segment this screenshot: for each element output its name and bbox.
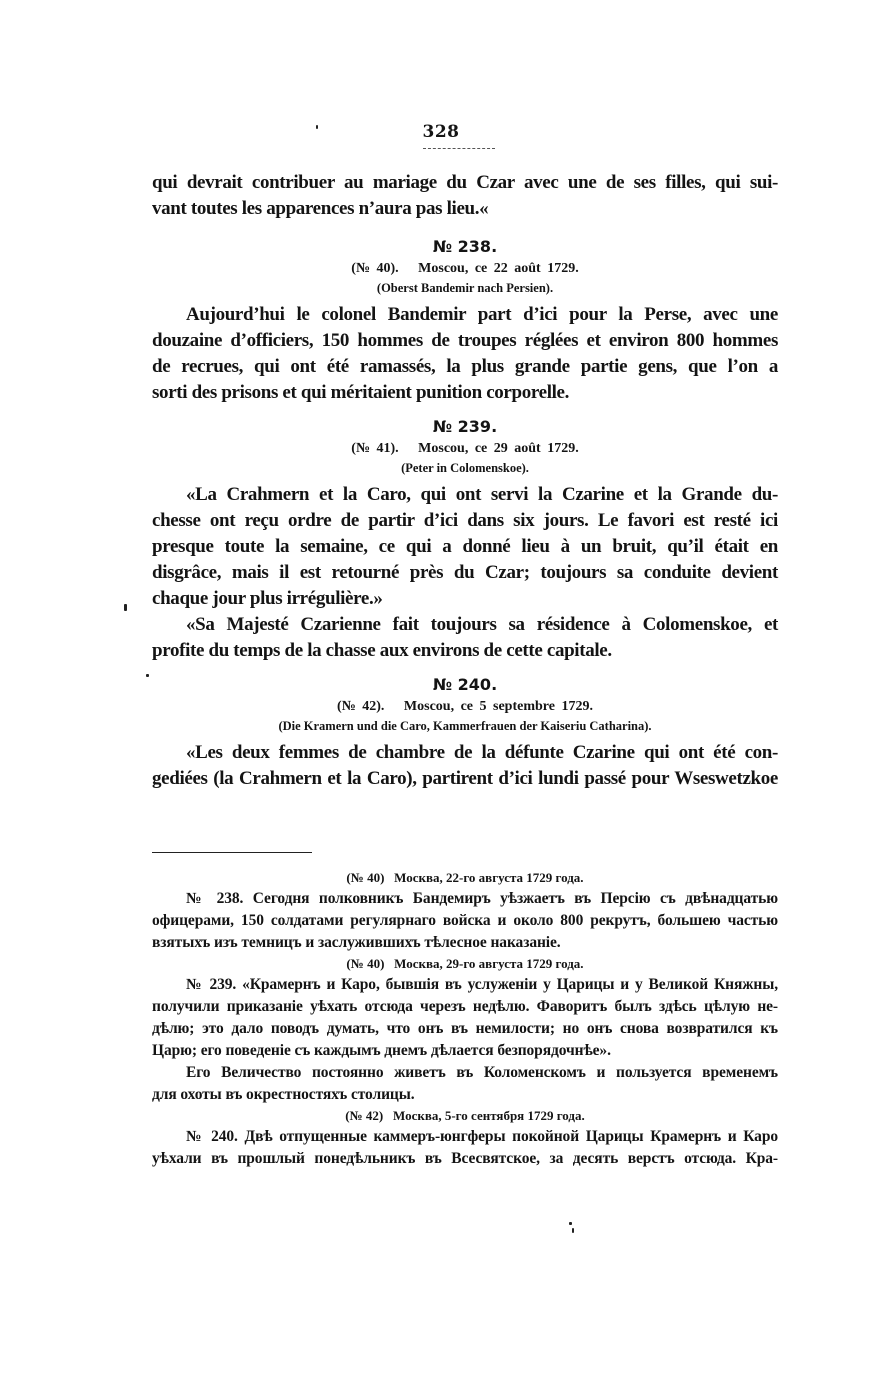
text-line: de recrues, qui ont été ramassés, la plu… (152, 354, 778, 380)
document-paragraph: «Sa Majesté Czarienne fait toujours sa r… (152, 612, 778, 664)
document-subject: (Die Kramern und die Caro, Kammerfrauen … (152, 717, 778, 736)
footnote-line: взятыхъ изъ темницъ и заслужившихъ тѣлес… (152, 932, 778, 954)
footnote-line: Царю; его поведеніе съ каждымъ днемъ дѣл… (152, 1040, 778, 1062)
scan-speck (569, 1222, 572, 1225)
footnote-238: (№ 40) Москва, 22-го августа 1729 года. … (152, 868, 778, 954)
text-line: «Les deux femmes de chambre de la défunt… (152, 740, 778, 766)
footnote-rule (152, 852, 312, 853)
footnote-240: (№ 42) Москва, 5-го сентября 1729 года. … (152, 1106, 778, 1170)
footnote-text: Сегодня полковникъ Бандемиръ уѣзжаетъ въ… (253, 890, 778, 907)
footnote-line: № 238. Сегодня полковникъ Бандемиръ уѣзж… (152, 888, 778, 910)
text-line: disgrâce, mais il est retourné près du C… (152, 560, 778, 586)
main-text: qui devrait contribuer au mariage du Cza… (152, 170, 778, 792)
scan-speck (572, 1228, 574, 1233)
document-239: № 239. (№ 41). Moscou, ce 29 août 1729. … (152, 416, 778, 664)
document-paragraph: Aujourd’hui le colonel Bandemir part d’i… (152, 302, 778, 406)
scan-speck (146, 674, 149, 677)
text-line: sorti des prisons et qui méritaient puni… (152, 380, 778, 406)
footnote-dateline: (№ 42) Москва, 5-го сентября 1729 года. (152, 1106, 778, 1126)
page-number: 328 (0, 122, 882, 142)
footnote-label: № 240. (186, 1128, 238, 1145)
footnote-label: № 239. (186, 976, 236, 993)
footnote-line: офицерами, 150 солдатами регулярнаго вой… (152, 910, 778, 932)
document-subject: (Oberst Bandemir nach Persien). (152, 279, 778, 298)
document-subject: (Peter in Colomenskoe). (152, 459, 778, 478)
document-dateline: (№ 41). Moscou, ce 29 août 1729. (152, 438, 778, 459)
text-line: gediées (la Crahmern et la Caro), partir… (152, 766, 778, 792)
document-240: № 240. (№ 42). Moscou, ce 5 septembre 17… (152, 674, 778, 792)
text-line: Aujourd’hui le colonel Bandemir part d’i… (152, 302, 778, 328)
footnote-line: получили приказаніе уѣхать отсюда черезъ… (152, 996, 778, 1018)
footnote-label: № 238. (186, 890, 243, 907)
document-paragraph: «Les deux femmes de chambre de la défunt… (152, 740, 778, 792)
footnote-line: № 240. Двѣ отпущенные каммеръ-юнгферы по… (152, 1126, 778, 1148)
footnote-line: уѣхали въ прошлый понедѣльникъ въ Всесвя… (152, 1148, 778, 1170)
continuation-paragraph: qui devrait contribuer au mariage du Cza… (152, 170, 778, 222)
text-line: vant toutes les apparences n’aura pas li… (152, 196, 778, 222)
document-page: 328 qui devrait contribuer au mariage du… (0, 0, 882, 1393)
text-line: qui devrait contribuer au mariage du Cza… (152, 170, 778, 196)
text-line: chesse ont reçu ordre de partir d’ici da… (152, 508, 778, 534)
footnote-text: Двѣ отпущенные каммеръ-юнгферы покойной … (245, 1128, 779, 1145)
text-line: douzaine d’officiers, 150 hommes de trou… (152, 328, 778, 354)
document-paragraph: «La Crahmern et la Caro, qui ont servi l… (152, 482, 778, 612)
text-line: «Sa Majesté Czarienne fait toujours sa r… (152, 612, 778, 638)
footnote-line: для охоты въ окрестностяхъ столицы. (152, 1084, 778, 1106)
footnote-dateline: (№ 40) Москва, 22-го августа 1729 года. (152, 868, 778, 888)
document-number: № 239. (152, 416, 778, 438)
text-line: profite du temps de la chasse aux enviro… (152, 638, 778, 664)
footnote-text: «Крамернъ и Каро, бывшія въ услуженіи у … (242, 976, 778, 993)
document-dateline: (№ 40). Moscou, ce 22 août 1729. (152, 258, 778, 279)
document-dateline: (№ 42). Moscou, ce 5 septembre 1729. (152, 696, 778, 717)
footnote-line: № 239. «Крамернъ и Каро, бывшія въ услуж… (152, 974, 778, 996)
document-number: № 240. (152, 674, 778, 696)
text-line: «La Crahmern et la Caro, qui ont servi l… (152, 482, 778, 508)
document-238: № 238. (№ 40). Moscou, ce 22 août 1729. … (152, 236, 778, 406)
footnote-line: Его Величество постоянно живетъ въ Колом… (152, 1062, 778, 1084)
scan-speck (124, 604, 127, 611)
text-line: presque toute la semaine, ce qui a donné… (152, 534, 778, 560)
footnote-line: дѣлю; это дало поводъ думать, что онъ въ… (152, 1018, 778, 1040)
footnote-239: (№ 40) Москва, 29-го августа 1729 года. … (152, 954, 778, 1106)
footnotes: (№ 40) Москва, 22-го августа 1729 года. … (152, 868, 778, 1170)
document-number: № 238. (152, 236, 778, 258)
footnote-dateline: (№ 40) Москва, 29-го августа 1729 года. (152, 954, 778, 974)
page-number-rule (423, 148, 495, 149)
text-line: chaque jour plus irrégulière.» (152, 586, 778, 612)
